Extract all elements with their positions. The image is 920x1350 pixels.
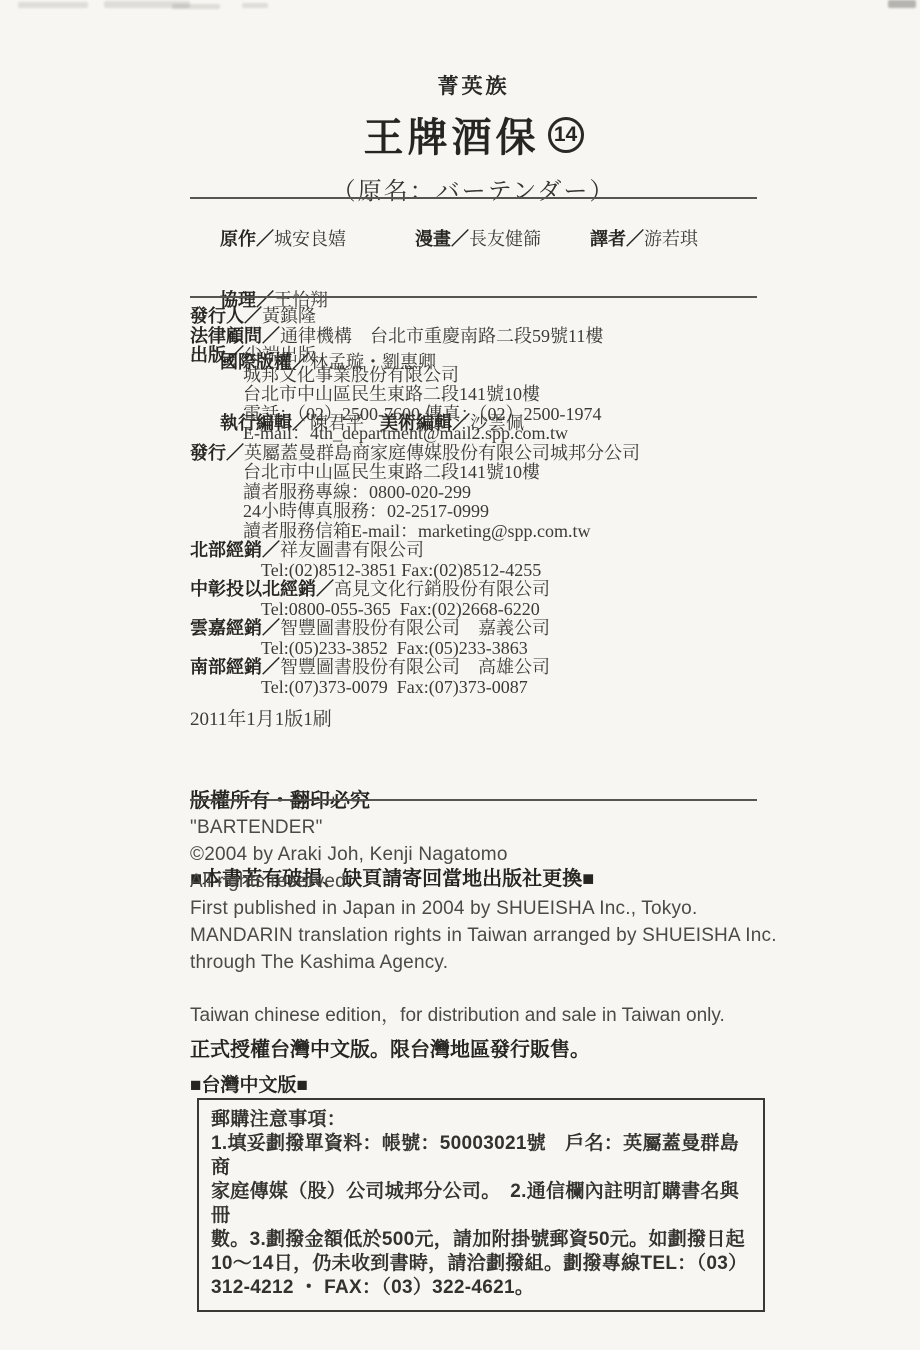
mail-order-line: 10～14日，仍未收到書時，請洽劃撥組。劃撥專線TEL：（03） — [211, 1252, 751, 1276]
publishing-line: 北部經銷／祥友圖書有限公司 — [190, 541, 790, 561]
rights-line: 版權所有・翻印必究 — [190, 788, 594, 814]
publishing-line: 出版／尖端出版 — [190, 346, 790, 366]
publishing-text: E-mail：4th_department@mail2.spp.com.tw — [243, 423, 568, 443]
publishing-line: Tel:(05)233-3852 Fax:(05)233-3863 — [190, 639, 790, 659]
publishing-text: 黃鎮隆 — [262, 306, 316, 326]
divider — [190, 296, 757, 298]
volume-badge: 14 — [548, 117, 584, 153]
publishing-line: Tel:(07)373-0079 Fax:(07)373-0087 — [190, 678, 790, 698]
credit-item: 譯者／游若琪 — [590, 229, 698, 250]
publishing-line: 法律顧問／通律機構 台北市重慶南路二段59號11樓 — [190, 327, 790, 347]
publishing-line: 24小時傳真服務：02-2517-0999 — [190, 502, 790, 522]
publishing-text: Tel:(07)373-0079 Fax:(07)373-0087 — [261, 677, 528, 697]
publishing-label: 中彰投以北經銷／ — [190, 579, 334, 599]
publishing-text: 高見文化行銷股份有限公司 — [334, 579, 550, 599]
publishing-line: 中彰投以北經銷／高見文化行銷股份有限公司 — [190, 580, 790, 600]
publishing-line: 南部經銷／智豐圖書股份有限公司 高雄公司 — [190, 658, 790, 678]
taiwan-edition-note-zh: 正式授權台灣中文版。限台灣地區發行販售。 — [190, 1033, 790, 1062]
original-title: （原名：バーテンダー） — [190, 171, 757, 206]
scan-artifact — [888, 0, 916, 8]
credit-item: 漫畫／長友健篩 — [415, 229, 590, 250]
english-copyright: "BARTENDER" ©2004 by Araki Joh, Kenji Na… — [190, 814, 790, 976]
copyright-line: All rights reserved. — [190, 868, 790, 895]
scan-artifact — [18, 2, 88, 8]
publishing-line: 發行人／黃鎮隆 — [190, 307, 790, 327]
publishing-line: 發行／英屬蓋曼群島商家庭傳媒股份有限公司城邦分公司 — [190, 444, 790, 464]
credit-label: 譯者／ — [590, 229, 644, 249]
copyright-line: ©2004 by Araki Joh, Kenji Nagatomo — [190, 841, 790, 868]
scan-artifact — [242, 3, 268, 8]
publishing-text: 電話：（02）2500-7600 傳真：（02）2500-1974 — [243, 404, 602, 424]
publishing-line: 台北市中山區民生東路二段141號10樓 — [190, 385, 790, 405]
series-title: 菁英族 — [190, 70, 757, 100]
publishing-line: E-mail：4th_department@mail2.spp.com.tw — [190, 424, 790, 444]
publishing-line: Tel:0800-055-365 Fax:(02)2668-6220 — [190, 600, 790, 620]
divider — [190, 197, 757, 199]
divider — [190, 799, 757, 801]
taiwan-edition-note-en: Taiwan chinese edition，for distribution … — [190, 1000, 790, 1027]
scan-artifact — [172, 4, 220, 9]
publishing-line: 台北市中山區民生東路二段141號10樓 — [190, 463, 790, 483]
mail-order-line: 郵購注意事項： — [211, 1108, 751, 1132]
publishing-text: Tel:0800-055-365 Fax:(02)2668-6220 — [261, 599, 540, 619]
credits-row: 原作／城安良嬉漫畫／長友健篩譯者／游若琪 — [190, 208, 757, 270]
publishing-text: 讀者服務專線：0800-020-299 — [243, 482, 471, 502]
publishing-text: 智豐圖書股份有限公司 高雄公司 — [280, 657, 550, 677]
publishing-label: 北部經銷／ — [190, 540, 280, 560]
publishing-label: 南部經銷／ — [190, 657, 280, 677]
publishing-text: 祥友圖書有限公司 — [280, 540, 424, 560]
publishing-label: 出版／ — [190, 345, 244, 365]
publishing-line: 電話：（02）2500-7600 傳真：（02）2500-1974 — [190, 405, 790, 425]
publishing-text: 英屬蓋曼群島商家庭傳媒股份有限公司城邦分公司 — [244, 443, 640, 463]
publishing-text: 讀者服務信箱E-mail：marketing@spp.com.tw — [243, 521, 591, 541]
mail-order-line: 312-4212 ・ FAX：（03）322-4621。 — [211, 1276, 751, 1300]
copyright-line: "BARTENDER" — [190, 814, 790, 841]
publishing-text: Tel:(02)8512-3851 Fax:(02)8512-4255 — [261, 560, 541, 580]
publishing-text: 台北市中山區民生東路二段141號10樓 — [243, 384, 540, 404]
title-block: 菁英族 王牌酒保 14 （原名：バーテンダー） — [190, 70, 757, 206]
publishing-text: 城邦文化事業股份有限公司 — [243, 365, 459, 385]
credit-value: 城安良嬉 — [274, 229, 346, 249]
edition-date: 2011年1月1版1刷 — [190, 704, 332, 731]
credit-item: 原作／城安良嬉 — [220, 229, 415, 250]
credit-label: 原作／ — [220, 229, 274, 249]
publishing-info: 發行人／黃鎮隆 法律顧問／通律機構 台北市重慶南路二段59號11樓 出版／尖端出… — [190, 307, 790, 697]
copyright-line: through The Kashima Agency. — [190, 949, 790, 976]
copyright-line: First published in Japan in 2004 by SHUE… — [190, 895, 790, 922]
taiwan-edition-note: Taiwan chinese edition，for distribution … — [190, 1000, 790, 1062]
credit-value: 游若琪 — [644, 229, 698, 249]
book-title: 王牌酒保 14 — [190, 106, 757, 163]
mail-order-line: 家庭傳媒（股）公司城邦分公司。 2.通信欄內註明訂購書名與冊 — [211, 1180, 751, 1228]
book-title-text: 王牌酒保 — [364, 106, 540, 163]
publishing-line: Tel:(02)8512-3851 Fax:(02)8512-4255 — [190, 561, 790, 581]
publishing-line: 雲嘉經銷／智豐圖書股份有限公司 嘉義公司 — [190, 619, 790, 639]
publishing-text: 智豐圖書股份有限公司 嘉義公司 — [280, 618, 550, 638]
publishing-label: 法律顧問／ — [190, 326, 280, 346]
mail-order-line: 1.填妥劃撥單資料：帳號：50003021號 戶名：英屬蓋曼群島商 — [211, 1132, 751, 1180]
publishing-text: 尖端出版 — [244, 345, 316, 365]
colophon-page: 菁英族 王牌酒保 14 （原名：バーテンダー） 原作／城安良嬉漫畫／長友健篩譯者… — [0, 0, 920, 1350]
publishing-text: 通律機構 台北市重慶南路二段59號11樓 — [280, 326, 603, 346]
credit-label: 漫畫／ — [415, 229, 469, 249]
publishing-line: 讀者服務信箱E-mail：marketing@spp.com.tw — [190, 522, 790, 542]
publishing-text: 台北市中山區民生東路二段141號10樓 — [243, 462, 540, 482]
publishing-text: Tel:(05)233-3852 Fax:(05)233-3863 — [261, 638, 528, 658]
publishing-line: 城邦文化事業股份有限公司 — [190, 366, 790, 386]
publishing-label: 發行人／ — [190, 306, 262, 326]
mail-order-box: 郵購注意事項： 1.填妥劃撥單資料：帳號：50003021號 戶名：英屬蓋曼群島… — [197, 1098, 765, 1312]
taiwan-edition-tag: ■台灣中文版■ — [190, 1070, 308, 1097]
publishing-label: 發行／ — [190, 443, 244, 463]
publishing-line: 讀者服務專線：0800-020-299 — [190, 483, 790, 503]
publishing-text: 24小時傳真服務：02-2517-0999 — [243, 501, 489, 521]
copyright-line: MANDARIN translation rights in Taiwan ar… — [190, 922, 790, 949]
publishing-label: 雲嘉經銷／ — [190, 618, 280, 638]
credit-value: 長友健篩 — [469, 229, 541, 249]
mail-order-line: 數。3.劃撥金額低於500元，請加附掛號郵資50元。如劃撥日起 — [211, 1228, 751, 1252]
